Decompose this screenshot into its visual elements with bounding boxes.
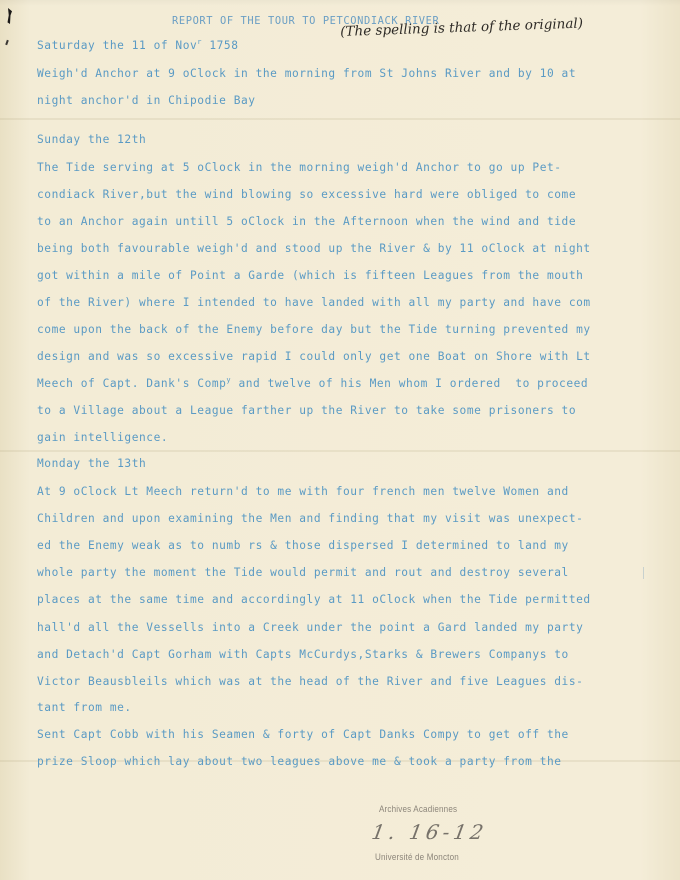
- document-line: Children and upon examining the Men and …: [37, 512, 583, 526]
- document-line: night anchor'd in Chipodie Bay: [37, 94, 256, 108]
- ink-mark: [5, 40, 9, 45]
- line-text: 1758: [202, 39, 238, 52]
- document-line: being both favourable weigh'd and stood …: [37, 242, 591, 256]
- document-line: Monday the 13th: [37, 457, 146, 471]
- document-line: design and was so excessive rapid I coul…: [37, 350, 591, 364]
- document-line: to a Village about a League farther up t…: [37, 404, 576, 418]
- paper-fold-line: [0, 118, 680, 120]
- ink-mark: [7, 8, 12, 24]
- archive-reference-number: 1. 16-12: [370, 820, 489, 844]
- document-line: Victor Beausbleils which was at the head…: [37, 675, 583, 689]
- archive-stamp-institution: Archives Acadiennes: [379, 804, 457, 815]
- document-line: hall'd all the Vessells into a Creek und…: [37, 621, 583, 635]
- paper-fold-line: [0, 450, 680, 452]
- document-line: At 9 oClock Lt Meech return'd to me with…: [37, 485, 569, 499]
- line-text: Saturday the 11 of Nov: [37, 39, 197, 52]
- archive-stamp-university: Université de Moncton: [375, 852, 459, 863]
- document-line: The Tide serving at 5 oClock in the morn…: [37, 161, 562, 175]
- document-line: Weigh'd Anchor at 9 oClock in the mornin…: [37, 67, 576, 81]
- line-text: and twelve of his Men whom I ordered to …: [231, 377, 588, 390]
- document-line: of the River) where I intended to have l…: [37, 296, 591, 310]
- document-line: Sunday the 12th: [37, 133, 146, 147]
- document-line: come upon the back of the Enemy before d…: [37, 323, 591, 337]
- document-line: tant from me.: [37, 701, 132, 715]
- document-line: whole party the moment the Tide would pe…: [37, 566, 569, 580]
- document-line: got within a mile of Point a Garde (whic…: [37, 269, 583, 283]
- document-page: REPORT OF THE TOUR TO PETCONDIACK RIVER …: [0, 0, 680, 880]
- document-line: gain intelligence.: [37, 431, 168, 445]
- document-line: places at the same time and accordingly …: [37, 593, 591, 607]
- document-line: Saturday the 11 of Novr 1758: [37, 39, 238, 53]
- line-text: Meech of Capt. Dank's Comp: [37, 377, 226, 390]
- document-line: to an Anchor again untill 5 oClock in th…: [37, 215, 576, 229]
- document-line: prize Sloop which lay about two leagues …: [37, 755, 562, 769]
- document-line: and Detach'd Capt Gorham with Capts McCu…: [37, 648, 569, 662]
- document-line: Meech of Capt. Dank's Compy and twelve o…: [37, 377, 588, 391]
- document-line: condiack River,but the wind blowing so e…: [37, 188, 576, 202]
- pencil-mark: [643, 567, 644, 579]
- document-line: Sent Capt Cobb with his Seamen & forty o…: [37, 728, 569, 742]
- document-line: ed the Enemy weak as to numb rs & those …: [37, 539, 569, 553]
